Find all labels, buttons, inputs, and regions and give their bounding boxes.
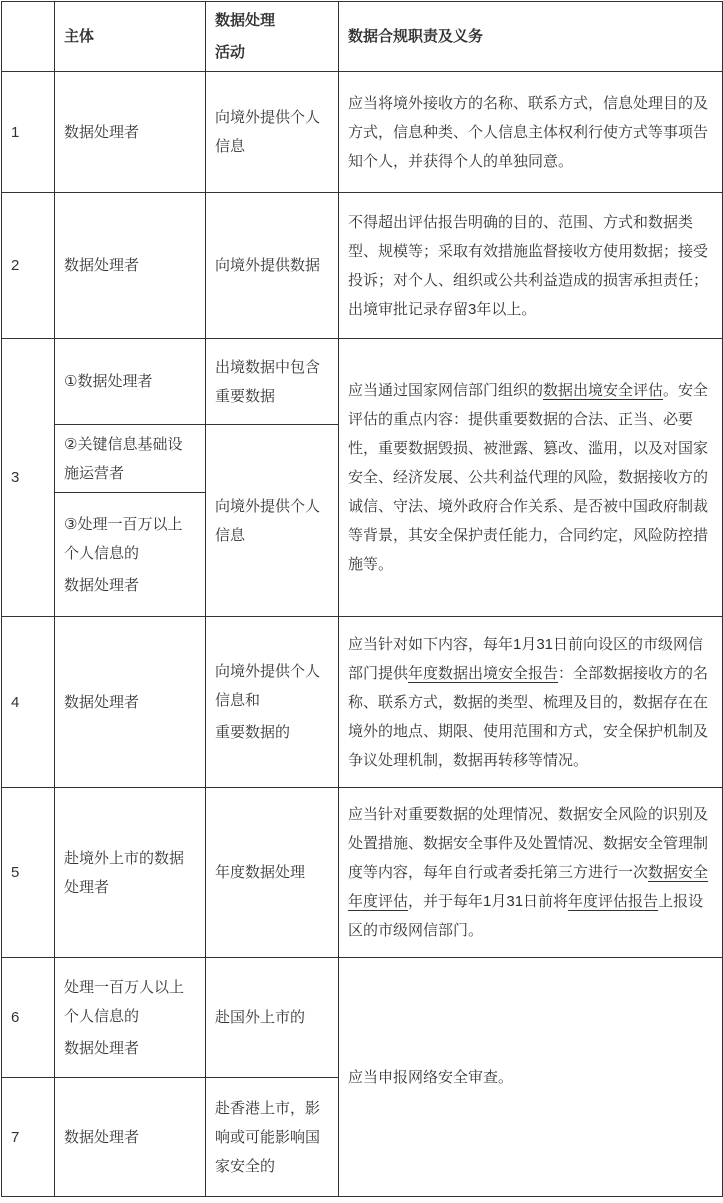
row-1-number: 1 [2, 72, 55, 193]
row-7-number: 7 [2, 1078, 55, 1197]
header-cell-duty: 数据合规职责及义务 [339, 2, 723, 72]
row-5-number: 5 [2, 788, 55, 958]
row-5-subject: 赴境外上市的数据处理者 [55, 788, 206, 958]
row-3-activity-1: 出境数据中包含重要数据 [206, 339, 339, 425]
row-4-number: 4 [2, 617, 55, 788]
row-1-activity: 向境外提供个人信息 [206, 72, 339, 193]
row-3-subject-3: ③处理一百万以上个人信息的数据处理者 [55, 493, 206, 617]
row-4-activity: 向境外提供个人信息和重要数据的 [206, 617, 339, 788]
table-row-6: 6 处理一百万人以上个人信息的数据处理者 赴国外上市的 应当申报网络安全审查。 [2, 958, 723, 1078]
row-6-subject: 处理一百万人以上个人信息的数据处理者 [55, 958, 206, 1078]
table-row-1: 1 数据处理者 向境外提供个人信息 应当将境外接收方的名称、联系方式，信息处理目… [2, 72, 723, 193]
row-4-duty: 应当针对如下内容，每年1月31日前向设区的市级网信部门提供年度数据出境安全报告：… [339, 617, 723, 788]
table-row-3a: 3 ①数据处理者 出境数据中包含重要数据 应当通过国家网信部门组织的数据出境安全… [2, 339, 723, 425]
table-row-4: 4 数据处理者 向境外提供个人信息和重要数据的 应当针对如下内容，每年1月31日… [2, 617, 723, 788]
header-cell-subject: 主体 [55, 2, 206, 72]
table-row-2: 2 数据处理者 向境外提供数据 不得超出评估报告明确的目的、范围、方式和数据类型… [2, 193, 723, 339]
row-3-subject-1: ①数据处理者 [55, 339, 206, 425]
row-1-subject: 数据处理者 [55, 72, 206, 193]
document-page: 主体 数据处理活动 数据合规职责及义务 1 数据处理者 向境外提供个人信息 应当… [0, 0, 723, 1203]
row-4-subject: 数据处理者 [55, 617, 206, 788]
row-5-duty: 应当针对重要数据的处理情况、数据安全风险的识别及处置措施、数据安全事件及处置情况… [339, 788, 723, 958]
row-3-subject-2: ②关键信息基础设施运营者 [55, 425, 206, 493]
row-7-subject: 数据处理者 [55, 1078, 206, 1197]
row-2-number: 2 [2, 193, 55, 339]
row-5-activity: 年度数据处理 [206, 788, 339, 958]
compliance-table: 主体 数据处理活动 数据合规职责及义务 1 数据处理者 向境外提供个人信息 应当… [1, 1, 723, 1197]
row-2-activity: 向境外提供数据 [206, 193, 339, 339]
row-1-duty: 应当将境外接收方的名称、联系方式，信息处理目的及方式，信息种类、个人信息主体权利… [339, 72, 723, 193]
row-6-number: 6 [2, 958, 55, 1078]
row-2-duty: 不得超出评估报告明确的目的、范围、方式和数据类型、规模等；采取有效措施监督接收方… [339, 193, 723, 339]
header-row: 主体 数据处理活动 数据合规职责及义务 [2, 2, 723, 72]
header-cell-index [2, 2, 55, 72]
row-2-subject: 数据处理者 [55, 193, 206, 339]
row-3-activity-2: 向境外提供个人信息 [206, 425, 339, 617]
row-6-activity: 赴国外上市的 [206, 958, 339, 1078]
row-6-7-duty: 应当申报网络安全审查。 [339, 958, 723, 1197]
row-7-activity: 赴香港上市，影响或可能影响国家安全的 [206, 1078, 339, 1197]
row-3-duty: 应当通过国家网信部门组织的数据出境安全评估。安全评估的重点内容：提供重要数据的合… [339, 339, 723, 617]
row-3-number: 3 [2, 339, 55, 617]
table-row-5: 5 赴境外上市的数据处理者 年度数据处理 应当针对重要数据的处理情况、数据安全风… [2, 788, 723, 958]
header-cell-activity: 数据处理活动 [206, 2, 339, 72]
